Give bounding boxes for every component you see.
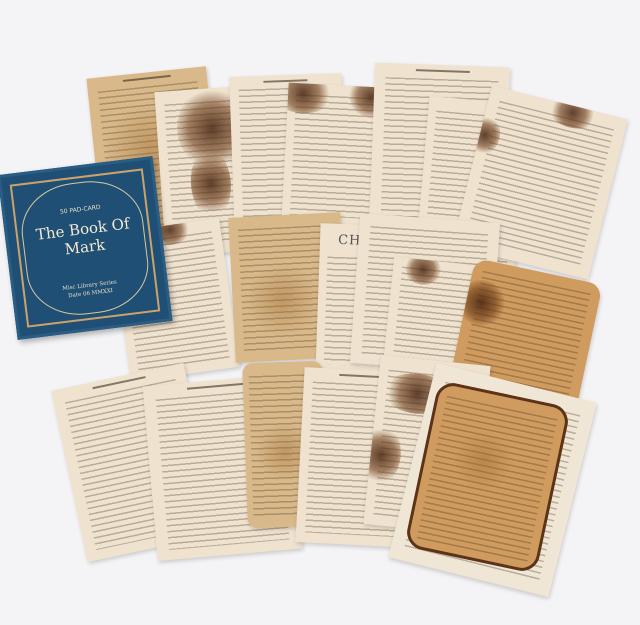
book-of-mark-box: 50 PAD-CARD The Book Of Mark Misc Librar… — [0, 156, 173, 340]
burnt-page — [281, 83, 383, 228]
product-photo: CHA 50 PAD-CARD The Book Of Mark Misc Li… — [0, 0, 640, 625]
